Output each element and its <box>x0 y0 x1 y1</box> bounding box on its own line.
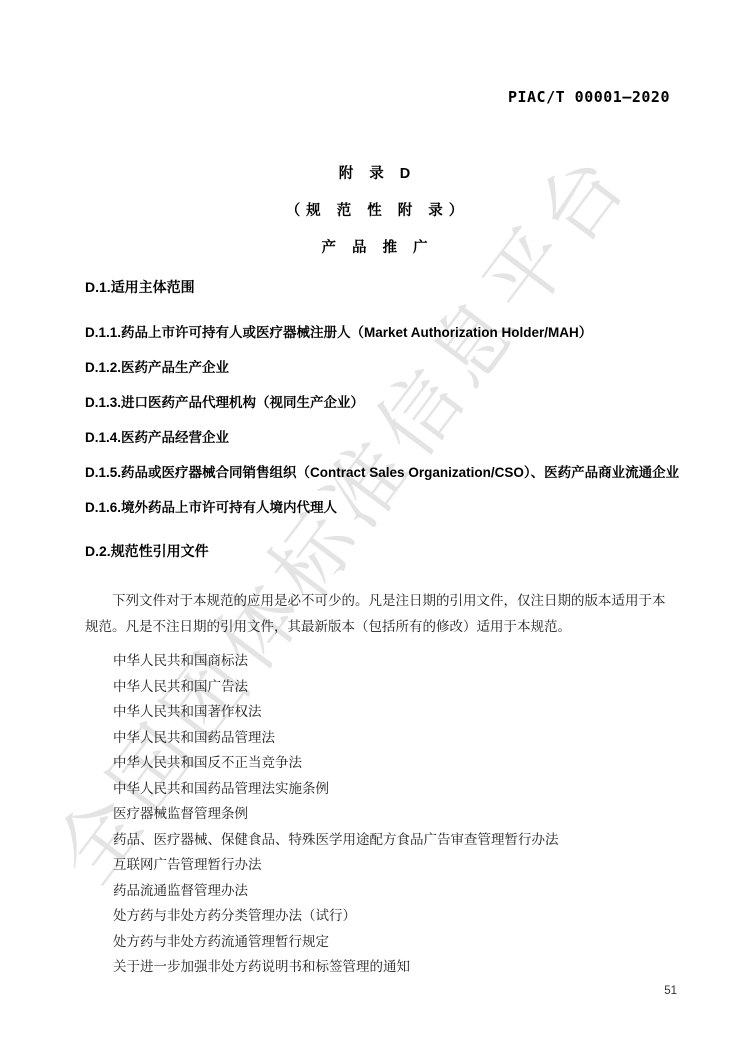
subsection-d1-3-text: 进口医药产品代理机构（视同生产企业） <box>121 395 364 410</box>
appendix-subtitle: （规 范 性 附 录） <box>85 203 670 219</box>
reference-item: 处方药与非处方药分类管理办法（试行） <box>85 903 670 929</box>
subsection-d1-5-text: 药品或医疗器械合同销售组织（Contract Sales Organizatio… <box>121 465 679 480</box>
reference-item: 中华人民共和国反不正当竞争法 <box>85 750 670 776</box>
appendix-title: 附 录 D <box>85 166 670 182</box>
reference-item: 中华人民共和国著作权法 <box>85 699 670 725</box>
subsection-d1-5-number: D.1.5. <box>85 465 121 480</box>
document-page: 全国团体标准信息平台 PIAC/T 00001—2020 附 录 D （规 范 … <box>0 0 750 1060</box>
reference-item: 互联网广告管理暂行办法 <box>85 852 670 878</box>
section-d1-heading: D.1.适用主体范围 <box>85 279 670 295</box>
subsection-d1-6-text: 境外药品上市许可持有人境内代理人 <box>121 500 337 515</box>
appendix-title-block: 附 录 D （规 范 性 附 录） 产 品 推 广 <box>85 166 670 256</box>
subsection-d1-1: D.1.1.药品上市许可持有人或医疗器械注册人（Market Authoriza… <box>85 325 670 341</box>
reference-item: 医疗器械监督管理条例 <box>85 801 670 827</box>
section-d2-heading: D.2.规范性引用文件 <box>85 543 670 559</box>
document-code: PIAC/T 00001—2020 <box>85 0 670 106</box>
subsection-d1-6: D.1.6.境外药品上市许可持有人境内代理人 <box>85 500 670 516</box>
subsection-d1-2-number: D.1.2. <box>85 360 121 375</box>
section-d1-title: 适用主体范围 <box>111 279 195 295</box>
page-content: PIAC/T 00001—2020 附 录 D （规 范 性 附 录） 产 品 … <box>0 0 750 980</box>
subsection-d1-2: D.1.2.医药产品生产企业 <box>85 360 670 376</box>
reference-item: 药品、医疗器械、保健食品、特殊医学用途配方食品广告审查管理暂行办法 <box>85 827 670 853</box>
subsection-d1-4-number: D.1.4. <box>85 430 121 445</box>
reference-list: 中华人民共和国商标法 中华人民共和国广告法 中华人民共和国著作权法 中华人民共和… <box>85 648 670 980</box>
reference-item: 处方药与非处方药流通管理暂行规定 <box>85 929 670 955</box>
subsection-d1-6-number: D.1.6. <box>85 500 121 515</box>
subsection-d1-4-text: 医药产品经营企业 <box>121 430 229 445</box>
subsection-d1-2-text: 医药产品生产企业 <box>121 360 229 375</box>
subsection-d1-1-number: D.1.1. <box>85 325 121 340</box>
section-d2-title: 规范性引用文件 <box>111 543 209 559</box>
reference-item: 中华人民共和国药品管理法 <box>85 725 670 751</box>
subsection-d1-3: D.1.3.进口医药产品代理机构（视同生产企业） <box>85 395 670 411</box>
reference-item: 中华人民共和国商标法 <box>85 648 670 674</box>
d2-intro-paragraph: 下列文件对于本规范的应用是必不可少的。凡是注日期的引用文件，仅注日期的版本适用于… <box>85 588 670 640</box>
reference-item: 关于进一步加强非处方药说明书和标签管理的通知 <box>85 954 670 980</box>
subsection-d1-4: D.1.4.医药产品经营企业 <box>85 430 670 446</box>
section-d2-number: D.2. <box>85 543 111 559</box>
appendix-topic: 产 品 推 广 <box>85 240 670 256</box>
reference-item: 药品流通监督管理办法 <box>85 878 670 904</box>
reference-item: 中华人民共和国药品管理法实施条例 <box>85 776 670 802</box>
page-number: 51 <box>664 985 677 997</box>
subsection-d1-3-number: D.1.3. <box>85 395 121 410</box>
section-d1-number: D.1. <box>85 279 111 295</box>
subsection-d1-1-text: 药品上市许可持有人或医疗器械注册人（Market Authorization H… <box>121 325 592 340</box>
reference-item: 中华人民共和国广告法 <box>85 674 670 700</box>
subsection-d1-5: D.1.5.药品或医疗器械合同销售组织（Contract Sales Organ… <box>85 465 670 481</box>
